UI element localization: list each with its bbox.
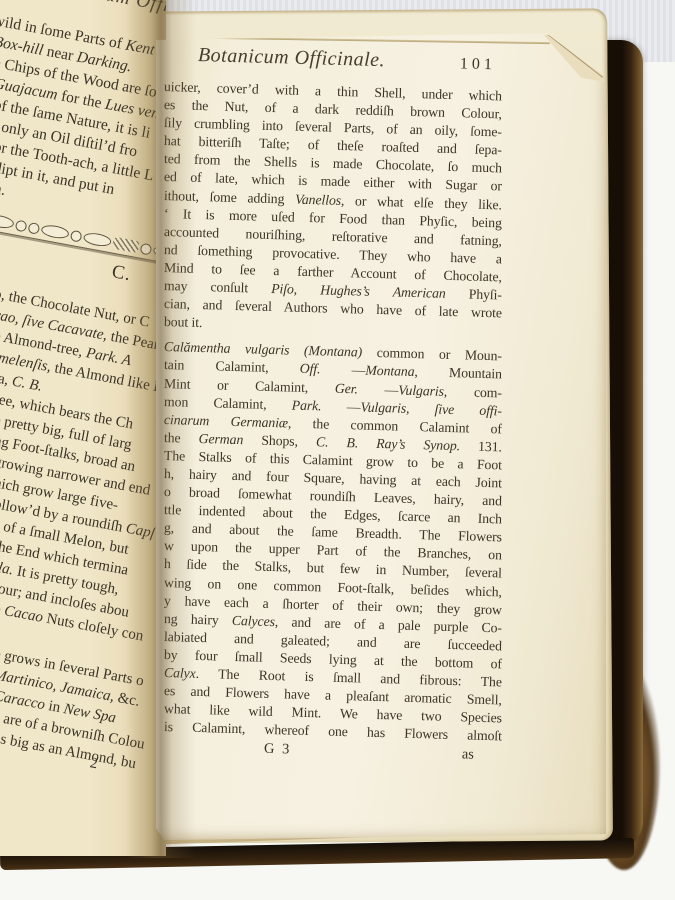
left-chocolate-paragraph-fragment: o, the Chocolate Nut, or Ccao, ſive Caca… [0, 284, 166, 620]
gathering-signature: G 3 [264, 741, 292, 759]
left-top-paragraph-fragment: wild in ſome Parts of Kent aBox-hill nea… [0, 10, 166, 199]
ornament-oval [0, 213, 15, 230]
paragraph-chocolate: uicker, cover’d with a thin Shell, under… [164, 78, 508, 331]
page-body: uicker, cover’d with a thin Shell, under… [164, 78, 508, 736]
ornament-dot [140, 242, 153, 255]
book-photo: { "colors":{"page_cream":"#f4efdc","left… [0, 0, 675, 900]
page-header: Botanicum Officinale. 101 [198, 44, 509, 76]
right-page: Botanicum Officinale. 101 uicker, cover’… [156, 28, 606, 840]
left-growth-paragraph-fragment: e grows in ſeveral Parts oMartinico, Jam… [0, 644, 166, 749]
right-page-content: Botanicum Officinale. 101 uicker, cover’… [164, 44, 508, 755]
ornament-dot [15, 219, 28, 232]
ornament-dot [70, 229, 83, 242]
ornament-oval [83, 231, 113, 248]
catchword: as [462, 747, 475, 764]
ornament-oval [40, 223, 70, 240]
left-page-content: um Offici wild in ſome Parts of Kent aBo… [0, 0, 166, 772]
left-page: um Offici wild in ſome Parts of Kent aBo… [0, 0, 166, 856]
page-number: 101 [460, 55, 496, 74]
ornament-dot [28, 221, 41, 234]
ornament-hatch [112, 237, 140, 254]
paragraph-calamentha: Calămentha vulgaris (Montana) common or … [164, 338, 508, 736]
running-title: Botanicum Officinale. [198, 44, 386, 72]
